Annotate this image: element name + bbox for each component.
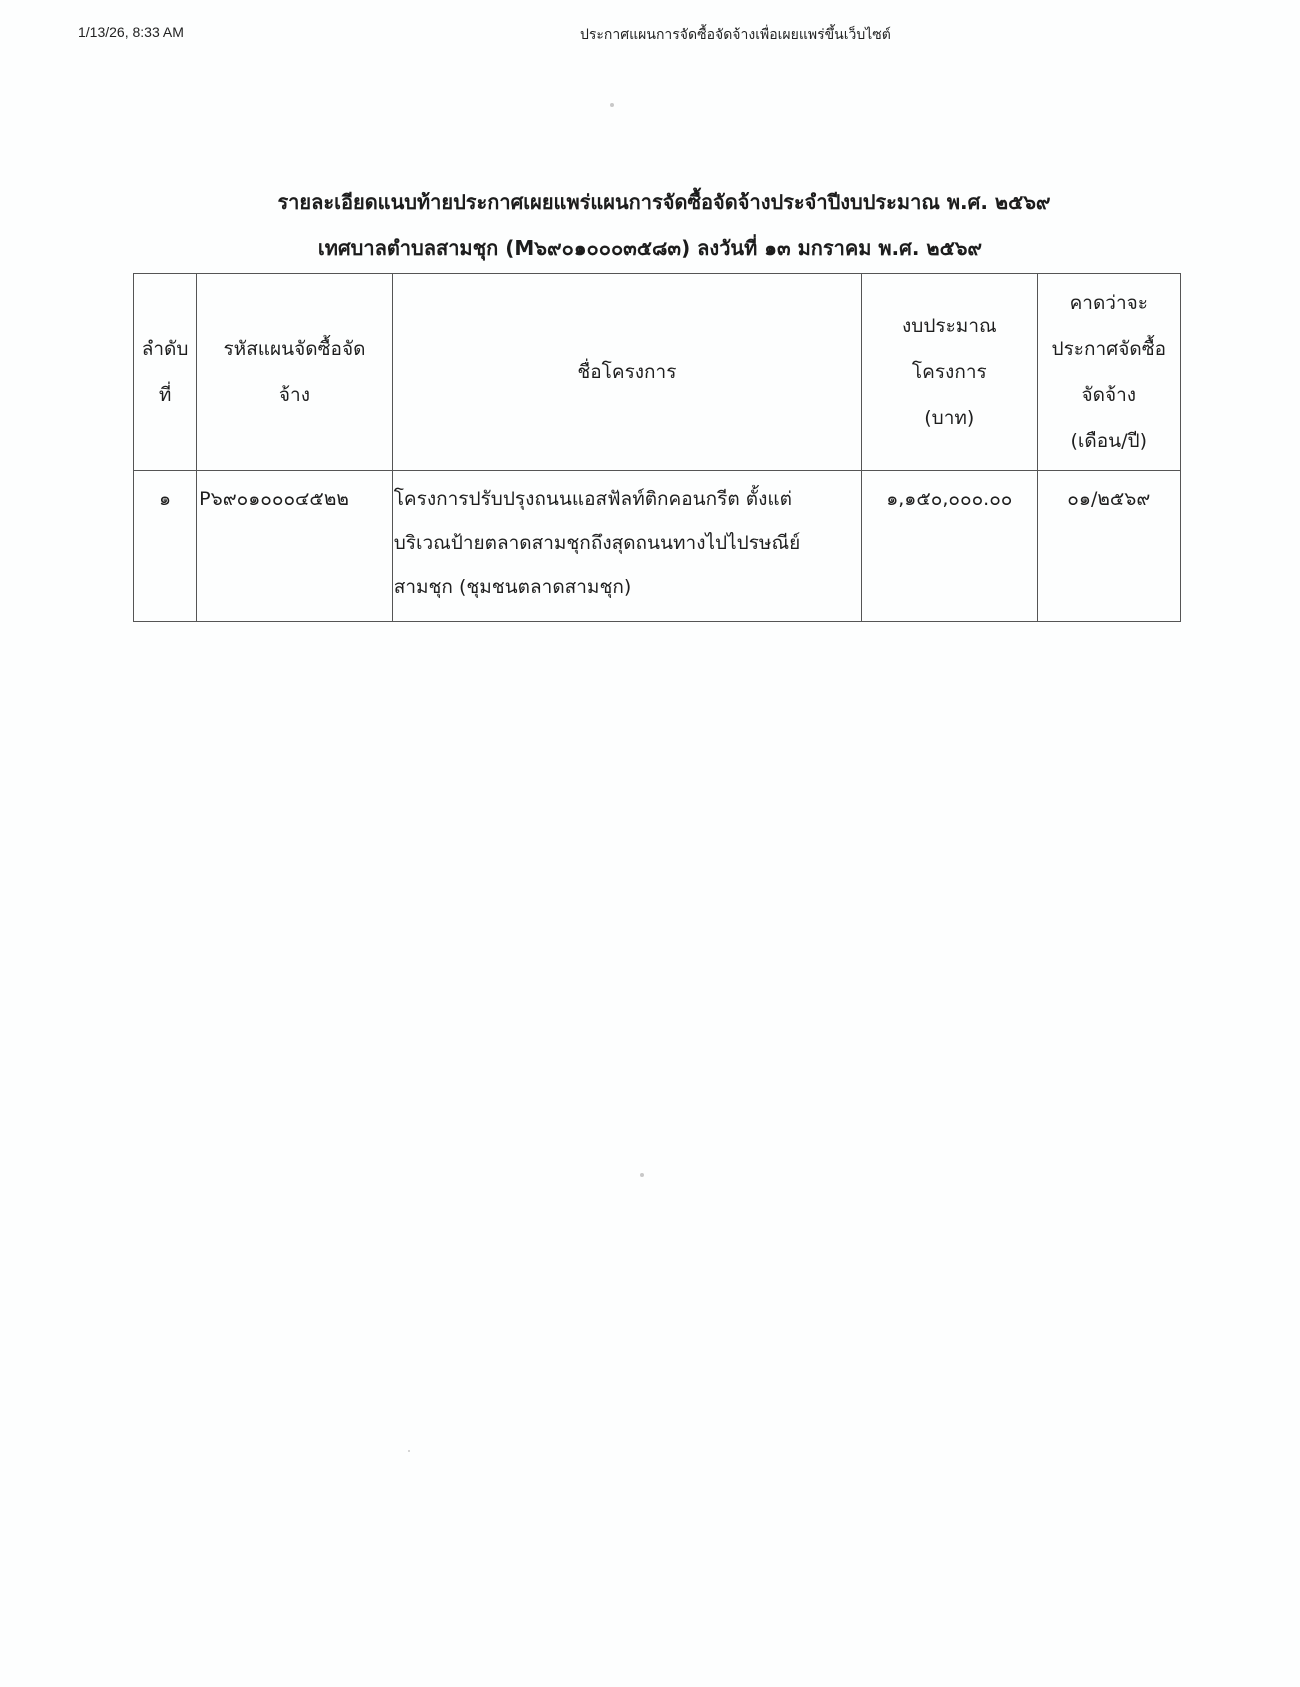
table-row: ๑ P๖๙๐๑๐๐๐๔๕๒๒ โครงการปรับปรุงถนนแอสฟัลท… [134, 471, 1181, 622]
cell-expected-month-year: ๐๑/๒๕๖๙ [1037, 471, 1180, 622]
cell-plan-code: P๖๙๐๑๐๐๐๔๕๒๒ [197, 471, 393, 622]
scan-speck [408, 1450, 410, 1452]
header-sequence: ลำดับ ที่ [134, 274, 197, 471]
header-budget: งบประมาณ โครงการ (บาท) [862, 274, 1038, 471]
print-page-title: ประกาศแผนการจัดซื้อจัดจ้างเพื่อเผยแพร่ขึ… [580, 24, 891, 46]
document-title: รายละเอียดแนบท้ายประกาศเผยแพร่แผนการจัดซ… [14, 186, 1300, 218]
header-plan-code: รหัสแผนจัดซื้อจัด จ้าง [197, 274, 393, 471]
cell-sequence: ๑ [134, 471, 197, 622]
procurement-plan-table: ลำดับ ที่ รหัสแผนจัดซื้อจัด จ้าง ชื่อโคร… [133, 273, 1181, 622]
header-project-name: ชื่อโครงการ [392, 274, 861, 471]
print-header: 1/13/26, 8:33 AM ประกาศแผนการจัดซื้อจัดจ… [0, 24, 1300, 44]
table-header-row: ลำดับ ที่ รหัสแผนจัดซื้อจัด จ้าง ชื่อโคร… [134, 274, 1181, 471]
scan-speck [610, 103, 614, 107]
cell-project-name: โครงการปรับปรุงถนนแอสฟัลท์ติกคอนกรีต ตั้… [392, 471, 861, 622]
document-subtitle: เทศบาลตำบลสามชุก (M๖๙๐๑๐๐๐๓๕๘๓) ลงวันที่… [0, 232, 1300, 264]
cell-budget: ๑,๑๕๐,๐๐๐.๐๐ [862, 471, 1038, 622]
scan-speck [640, 1173, 644, 1177]
print-datetime: 1/13/26, 8:33 AM [78, 24, 184, 40]
header-expected-announcement: คาดว่าจะ ประกาศจัดซื้อ จัดจ้าง (เดือน/ปี… [1037, 274, 1180, 471]
